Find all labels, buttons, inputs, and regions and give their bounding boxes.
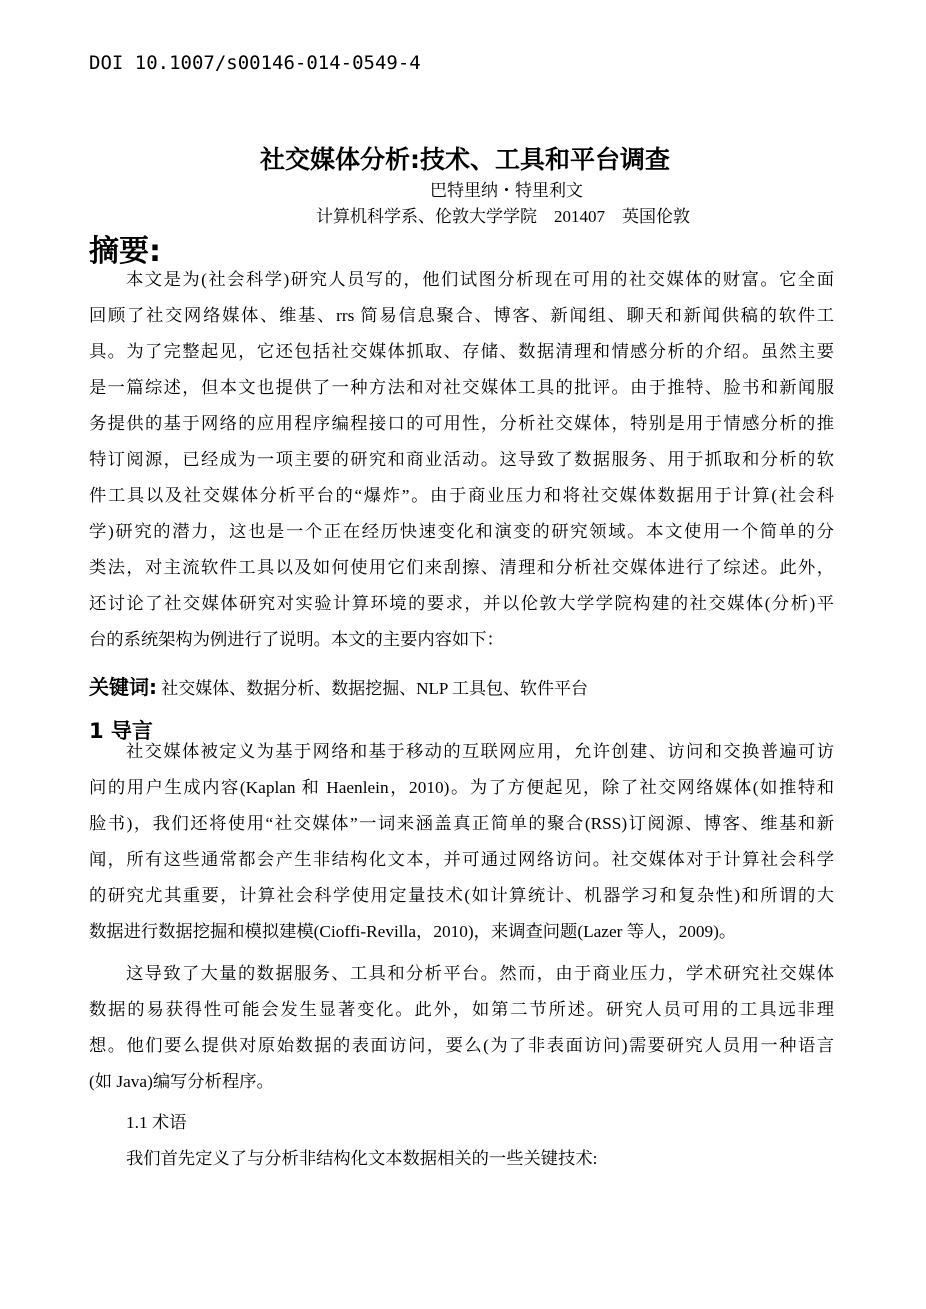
body-line: 想。他们要么提供对原始数据的表面访问，要么(为了非表面访问)需要研究人员用一种语… [89, 1028, 834, 1064]
abstract-line: 是一篇综述，但本文也提供了一种方法和对社交媒体工具的批评。由于推特、脸书和新闻服 [89, 370, 834, 406]
body-line: 闻，所有这些通常都会产生非结构化文本，并可通过网络访问。社交媒体对于计算社会科学 [89, 842, 834, 878]
document-page: DOI 10.1007/s00146-014-0549-4 社交媒体分析:技术、… [0, 0, 926, 1309]
subsection-heading: 1.1 术语 [126, 1108, 187, 1133]
keywords-line: 关键词: 社交媒体、数据分析、数据挖掘、NLP 工具包、软件平台 [89, 671, 588, 700]
abstract-line: 具。为了完整起见，它还包括社交媒体抓取、存储、数据清理和情感分析的介绍。虽然主要 [89, 334, 834, 370]
abstract-line: 务提供的基于网络的应用程序编程接口的可用性，分析社交媒体，特别是用于情感分析的推 [89, 406, 834, 442]
body-line: 数据的易获得性可能会发生显著变化。此外，如第二节所述。研究人员可用的工具远非理 [89, 992, 834, 1028]
abstract-line: 本文是为(社会科学)研究人员写的，他们试图分析现在可用的社交媒体的财富。它全面 [89, 262, 834, 298]
abstract-line: 类法，对主流软件工具以及如何使用它们来刮擦、清理和分析社交媒体进行了综述。此外， [89, 550, 834, 586]
author-affiliation: 计算机科学系、伦敦大学学院 201407 英国伦敦 [316, 202, 690, 227]
author-name: 巴特里纳・特里利文 [430, 176, 583, 201]
body-line: 问的用户生成内容(Kaplan 和 Haenlein，2010)。为了方便起见，… [89, 770, 834, 806]
keywords-label: 关键词: [89, 675, 157, 699]
body-line: (如 Java)编写分析程序。 [89, 1064, 834, 1100]
body-line: 脸书)，我们还将使用“社交媒体”一词来涵盖真正简单的聚合(RSS)订阅源、博客、… [89, 806, 834, 842]
paper-title: 社交媒体分析:技术、工具和平台调查 [0, 140, 926, 176]
body-line: 这导致了大量的数据服务、工具和分析平台。然而，由于商业压力，学术研究社交媒体 [89, 956, 834, 992]
intro-paragraph-2: 这导致了大量的数据服务、工具和分析平台。然而，由于商业压力，学术研究社交媒体 数… [89, 956, 834, 1100]
body-line: 的研究尤其重要，计算社会科学使用定量技术(如计算统计、机器学习和复杂性)和所谓的… [89, 878, 834, 914]
abstract-line: 台的系统架构为例进行了说明。本文的主要内容如下： [89, 622, 834, 658]
abstract-line: 还讨论了社交媒体研究对实验计算环境的要求，并以伦敦大学学院构建的社交媒体(分析)… [89, 586, 834, 622]
abstract-paragraph: 本文是为(社会科学)研究人员写的，他们试图分析现在可用的社交媒体的财富。它全面 … [89, 262, 834, 658]
abstract-line: 学)研究的潜力，这也是一个正在经历快速变化和演变的研究领域。本文使用一个简单的分 [89, 514, 834, 550]
body-line: 数据进行数据挖掘和模拟建模(Cioffi-Revilla，2010)，来调查问题… [89, 914, 834, 950]
keywords-text: 社交媒体、数据分析、数据挖掘、NLP 工具包、软件平台 [161, 679, 588, 698]
body-line: 社交媒体被定义为基于网络和基于移动的互联网应用，允许创建、访问和交换普遍可访 [89, 734, 834, 770]
abstract-line: 特订阅源，已经成为一项主要的研究和商业活动。这导致了数据服务、用于抓取和分析的软 [89, 442, 834, 478]
doi-line: DOI 10.1007/s00146-014-0549-4 [89, 52, 421, 74]
abstract-line: 回顾了社交网络媒体、维基、rrs 简易信息聚合、博客、新闻组、聊天和新闻供稿的软… [89, 298, 834, 334]
intro-paragraph-1: 社交媒体被定义为基于网络和基于移动的互联网应用，允许创建、访问和交换普遍可访 问… [89, 734, 834, 950]
abstract-line: 件工具以及社交媒体分析平台的“爆炸”。由于商业压力和将社交媒体数据用于计算(社会… [89, 478, 834, 514]
body-line: 我们首先定义了与分析非结构化文本数据相关的一些关键技术: [126, 1144, 597, 1169]
